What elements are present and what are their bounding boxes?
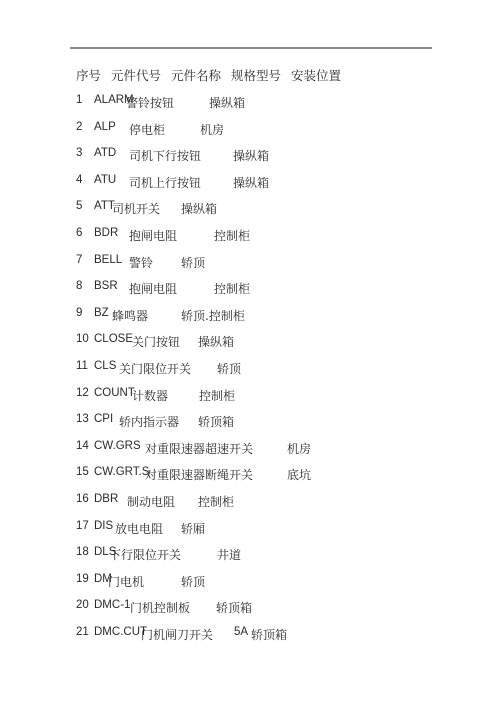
component-name: 轿内指示器	[119, 413, 179, 430]
component-name: 司机开关	[112, 200, 160, 217]
row-number: 16	[76, 493, 89, 505]
install-location: 轿顶.控制柜	[181, 307, 245, 324]
component-name: 抱闸电阻	[129, 227, 177, 244]
component-name: 停电柜	[129, 121, 165, 138]
install-location: 控制柜	[198, 493, 234, 510]
component-code: BDR	[94, 227, 118, 239]
component-code: CW.GRS	[94, 440, 141, 452]
component-code: DIS	[94, 520, 113, 532]
component-code: CPI	[94, 413, 113, 425]
component-name: 计数器	[132, 387, 168, 404]
row-number: 11	[76, 360, 88, 372]
install-location: 操纵箱	[209, 94, 245, 111]
row-number: 2	[76, 121, 82, 133]
install-location: 控制柜	[214, 280, 250, 297]
row-number: 17	[76, 520, 89, 532]
component-code: ALP	[94, 121, 116, 133]
component-name: 抱闸电阻	[129, 280, 177, 297]
component-name: 放电电阻	[115, 520, 163, 537]
component-code: BSR	[94, 280, 118, 292]
table-header: 序号 元件代号 元件名称 规格型号 安装位置	[76, 66, 347, 84]
install-location: 控制柜	[214, 227, 250, 244]
component-code: CW.GRT.S	[94, 466, 149, 478]
header-col-name: 元件名称	[171, 68, 221, 83]
row-number: 4	[76, 174, 82, 186]
row-number: 1	[76, 94, 82, 106]
component-code: DMC-1	[94, 599, 130, 611]
component-code: BELL	[94, 254, 122, 266]
component-name: 关门按钮	[132, 333, 180, 350]
row-number: 6	[76, 227, 82, 239]
component-code: ATD	[94, 147, 116, 159]
component-name: 司机上行按钮	[129, 174, 201, 191]
header-col-spec: 规格型号	[231, 68, 281, 83]
component-name: 门机闸刀开关	[141, 626, 213, 643]
install-location: 轿顶	[217, 360, 241, 377]
install-location: 机房	[200, 121, 224, 138]
component-name: 蜂鸣器	[112, 307, 148, 324]
install-location: 机房	[287, 440, 311, 457]
component-code: CLS	[94, 360, 116, 372]
header-col-seq: 序号	[76, 68, 101, 83]
component-code: ATU	[94, 174, 116, 186]
install-location: 底坑	[287, 466, 311, 483]
component-code: COUNT	[94, 387, 135, 399]
component-name: 对重限速器超速开关	[145, 440, 253, 457]
component-name: 门机控制板	[130, 599, 190, 616]
component-name: 门电机	[108, 573, 144, 590]
row-number: 8	[76, 280, 82, 292]
component-name: 司机下行按钮	[129, 147, 201, 164]
component-name: 制动电阻	[127, 493, 175, 510]
row-number: 3	[76, 147, 82, 159]
component-name: 警铃按钮	[126, 94, 174, 111]
install-location: 控制柜	[199, 387, 235, 404]
install-location: 操纵箱	[198, 333, 234, 350]
install-location: 轿顶	[181, 254, 205, 271]
component-code: DMC.CUT	[94, 626, 147, 638]
row-number: 12	[76, 387, 89, 399]
header-col-code: 元件代号	[111, 68, 161, 83]
header-col-location: 安装位置	[291, 68, 341, 83]
row-number: 20	[76, 599, 89, 611]
install-location: 轿顶箱	[198, 413, 234, 430]
install-location: 井道	[217, 546, 241, 563]
row-number: 5	[76, 200, 82, 212]
component-name: 下行限位开关	[109, 546, 181, 563]
component-code: CLOSE	[94, 333, 133, 345]
row-number: 7	[76, 254, 82, 266]
row-number: 15	[76, 466, 89, 478]
row-number: 18	[76, 546, 89, 558]
component-name: 关门限位开关	[119, 360, 191, 377]
component-code: BZ	[94, 307, 109, 319]
row-number: 9	[76, 307, 82, 319]
install-location: 轿厢	[181, 520, 205, 537]
component-spec: 5A	[234, 626, 248, 638]
component-code: DBR	[94, 493, 118, 505]
install-location: 轿顶	[181, 573, 205, 590]
install-location: 操纵箱	[233, 147, 269, 164]
row-number: 10	[76, 333, 89, 345]
install-location: 轿顶箱	[251, 626, 287, 643]
row-number: 13	[76, 413, 89, 425]
component-name: 警铃	[129, 254, 153, 271]
row-number: 19	[76, 573, 89, 585]
install-location: 操纵箱	[181, 200, 217, 217]
install-location: 轿顶箱	[216, 599, 252, 616]
row-number: 14	[76, 440, 89, 452]
component-name: 对重限速器断绳开关	[145, 466, 253, 483]
top-rule	[70, 47, 432, 49]
install-location: 操纵箱	[233, 174, 269, 191]
row-number: 21	[76, 626, 89, 638]
